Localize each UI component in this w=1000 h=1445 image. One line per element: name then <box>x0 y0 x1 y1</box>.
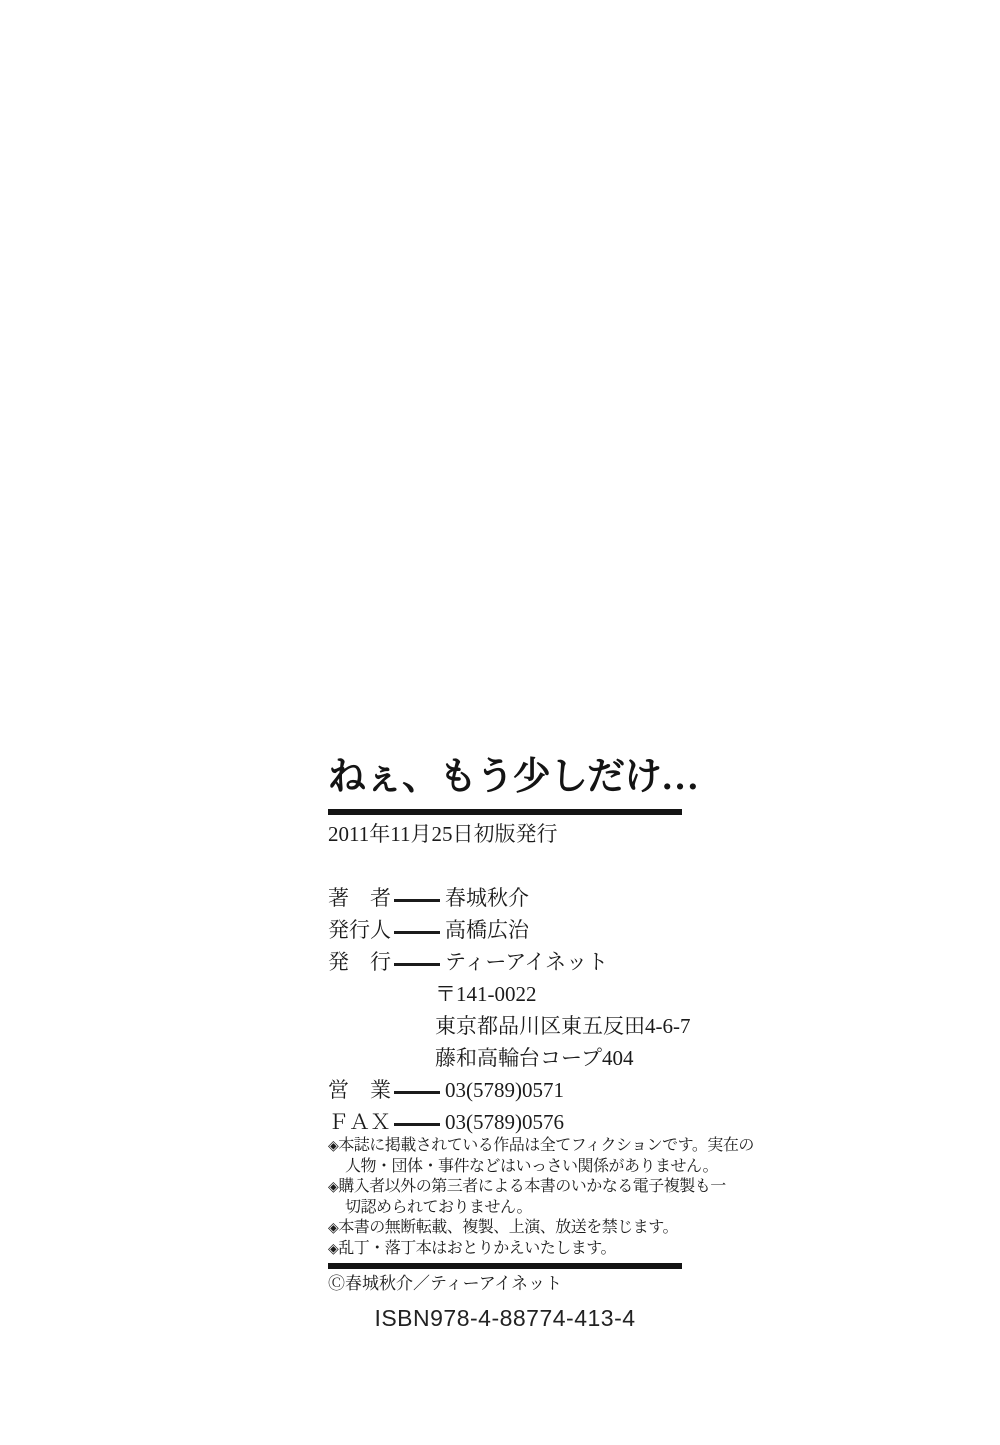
contact-value: 03(5789)0576 <box>445 1110 564 1134</box>
credit-label: 著 者 <box>328 882 392 914</box>
notice-line: ◈本誌に掲載されている作品は全てフィクションです。実在の <box>328 1136 682 1157</box>
bottom-rule <box>328 1263 682 1269</box>
edition-date: 2011年11月25日初版発行 <box>328 821 682 848</box>
notice-text: 乱丁・落丁本はおとりかえいたします。 <box>338 1240 616 1257</box>
copyright-line: Ⓒ春城秋介／ティーアイネット <box>328 1273 682 1295</box>
credit-row-publisher-person: 発行人高橋広治 <box>328 914 682 946</box>
credit-value: ティーアイネット <box>445 950 608 974</box>
address-line-2: 藤和高輪台コープ404 <box>328 1042 682 1074</box>
diamond-bullet-icon: ◈ <box>328 1220 338 1236</box>
dash-rule <box>394 931 440 934</box>
diamond-bullet-icon: ◈ <box>328 1179 338 1195</box>
notice-text-continued: 切認められておりません。 <box>328 1198 682 1219</box>
credit-row-author: 著 者春城秋介 <box>328 882 682 914</box>
notice-digital-copy: ◈購入者以外の第三者による本書のいかなる電子複製も一 切認められておりません。 <box>328 1177 682 1218</box>
dash-rule <box>394 899 440 902</box>
credit-label: 発行人 <box>328 914 392 946</box>
notice-defective-copies: ◈乱丁・落丁本はおとりかえいたします。 <box>328 1239 682 1260</box>
book-colophon-page: ねぇ、もう少しだけ… 2011年11月25日初版発行 著 者春城秋介 発行人高橋… <box>0 0 1000 1445</box>
notice-text: 購入者以外の第三者による本書のいかなる電子複製も一 <box>338 1178 726 1195</box>
address-line-1: 東京都品川区東五反田4-6-7 <box>328 1010 682 1042</box>
notice-text-continued: 人物・団体・事件などはいっさい関係がありません。 <box>328 1157 682 1178</box>
dash-rule <box>394 1123 440 1126</box>
notice-no-reproduction: ◈本書の無断転載、複製、上演、放送を禁じます。 <box>328 1218 682 1239</box>
legal-notices: ◈本誌に掲載されている作品は全てフィクションです。実在の 人物・団体・事件などは… <box>328 1136 682 1259</box>
notice-line: ◈購入者以外の第三者による本書のいかなる電子複製も一 <box>328 1177 682 1198</box>
isbn-number: ISBN978-4-88774-413-4 <box>328 1305 682 1331</box>
colophon-block: ねぇ、もう少しだけ… 2011年11月25日初版発行 著 者春城秋介 発行人高橋… <box>328 752 682 1331</box>
notice-line: ◈乱丁・落丁本はおとりかえいたします。 <box>328 1239 682 1260</box>
dash-rule <box>394 963 440 966</box>
contact-value: 03(5789)0571 <box>445 1078 564 1102</box>
notice-fiction-disclaimer: ◈本誌に掲載されている作品は全てフィクションです。実在の 人物・団体・事件などは… <box>328 1136 682 1177</box>
dash-rule <box>394 1091 440 1094</box>
credit-label: 発 行 <box>328 946 392 978</box>
publication-info: 著 者春城秋介 発行人高橋広治 発 行ティーアイネット 〒141-0022 東京… <box>328 882 682 1138</box>
contact-row-fax: ＦＡＸ03(5789)0576 <box>328 1106 682 1138</box>
credit-row-publishing-house: 発 行ティーアイネット <box>328 946 682 978</box>
contact-label: 営 業 <box>328 1074 392 1106</box>
contact-row-sales: 営 業03(5789)0571 <box>328 1074 682 1106</box>
diamond-bullet-icon: ◈ <box>328 1241 338 1257</box>
notice-text: 本書の無断転載、複製、上演、放送を禁じます。 <box>338 1219 678 1236</box>
title-underline <box>328 809 682 815</box>
book-title: ねぇ、もう少しだけ… <box>328 752 682 802</box>
postal-code: 〒141-0022 <box>328 978 682 1010</box>
notice-line: ◈本書の無断転載、複製、上演、放送を禁じます。 <box>328 1218 682 1239</box>
credit-value: 春城秋介 <box>445 886 529 910</box>
notice-text: 本誌に掲載されている作品は全てフィクションです。実在の <box>338 1137 754 1154</box>
contact-label: ＦＡＸ <box>328 1106 392 1138</box>
diamond-bullet-icon: ◈ <box>328 1138 338 1154</box>
credit-value: 高橋広治 <box>445 918 529 942</box>
